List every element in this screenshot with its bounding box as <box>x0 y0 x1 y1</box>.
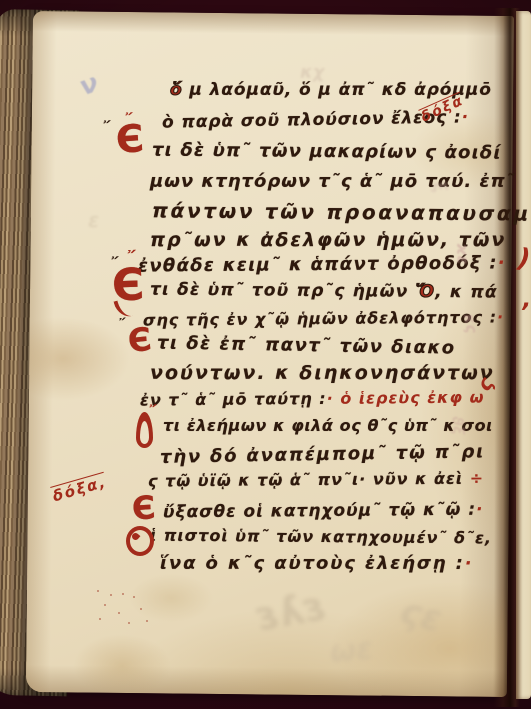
text-run: μ λαόμαῦ, ὅ μ ἀπ῀ κδ ἀρόμμō <box>183 80 492 100</box>
text-run: νούντων. κ διηκονησάντων <box>150 362 495 384</box>
ink-speck <box>110 594 112 596</box>
text-run: · <box>497 307 504 326</box>
text-line: τὴν δό ἀναπέμπομ῀ τῷ π῀ρι <box>160 441 485 468</box>
text-run: ἐν τ῀ ἁ῀ μō ταύτῃ : <box>140 389 327 410</box>
ghost-mark: ελε <box>252 586 328 638</box>
rubric-initial <box>126 526 154 556</box>
manuscript-photo: ὅ μ λαόμαῦ, ὅ μ ἀπ῀ κδ ἀρόμμōὸ παρὰ σοῦ … <box>0 0 531 709</box>
ink-speck <box>97 590 99 592</box>
ghost-mark: ν <box>76 70 102 100</box>
ghost-mark: ωε <box>329 634 374 668</box>
text-run: · <box>498 252 506 273</box>
marginal-note: δόξα, <box>51 475 108 505</box>
text-line: ὅ μ λαόμαῦ, ὅ μ ἀπ῀ κδ ἀρόμμō <box>170 80 492 100</box>
ghost-mark: ε <box>88 210 99 230</box>
text-run: σης τῆς ἐν χ῀ῷ ἡμῶν ἀδελφότητος : <box>143 307 497 329</box>
text-line: τι δὲ ὑπ῀ τῶν μακαρίων ϛ ἀοιδί <box>152 139 502 163</box>
rubric-initial: Є <box>127 325 153 356</box>
ink-speck <box>146 620 148 622</box>
text-line: ἱ πιστοὶ ὑπ῀ τῶν κατηχουμέν῀ δ῀ε, <box>150 526 492 548</box>
ink-speck <box>128 622 130 624</box>
text-run: πάντων τῶν προαναπαυσαμ῀ <box>152 198 531 225</box>
text-run: τι ἐλεήμων κ φιλά ος θ῀ς ὑπ῀ κ σοι <box>163 416 493 435</box>
ink-speck <box>104 604 106 606</box>
text-line: τι ἐλεήμων κ φιλά ος θ῀ς ὑπ῀ κ σοι <box>163 416 493 435</box>
text-run: ὸ παρὰ σοῦ πλούσιον ἔλεος : <box>162 107 462 132</box>
text-line: πάντων τῶν προαναπαυσαμ῀ <box>152 198 531 225</box>
text-line: νούντων. κ διηκονησάντων <box>150 362 495 384</box>
text-line: τι δὲ ἐπ῀ παντ῀ τῶν διακο <box>157 332 456 358</box>
marginal-note: ῎ <box>102 120 110 136</box>
text-run: ϛ τῷ ὑϊῷ κ τῷ ἁ῀ πν῀ι· νῦν κ ἀεὶ <box>148 469 470 491</box>
text-line: σης τῆς ἐν χ῀ῷ ἡμῶν ἀδελφότητος :· <box>143 307 504 329</box>
marginal-note: ʼ <box>520 300 529 324</box>
text-run: ἱ πιστοὶ ὑπ῀ τῶν κατηχουμέν῀ δ῀ε, <box>150 526 492 548</box>
ink-speck <box>122 593 124 595</box>
marginal-note: ῎ <box>110 256 118 272</box>
text-run: · <box>476 500 484 520</box>
text-run: ἐνθάδε κειμ῀ κ ἁπάντ ὀρθοδόξ : <box>138 252 498 276</box>
text-run: ÷ <box>470 469 485 488</box>
marginal-note: ῎ <box>148 404 156 420</box>
ghost-mark: κς <box>461 313 479 335</box>
ink-speck <box>118 612 120 614</box>
text-run: τι δὲ ὑπ῀ τῶν μακαρίων ϛ ἀοιδί <box>152 139 502 163</box>
handwriting-layer: ὅ μ λαόμαῦ, ὅ μ ἀπ῀ κδ ἀρόμμōὸ παρὰ σοῦ … <box>0 0 531 709</box>
text-run: Ὅ <box>415 282 435 302</box>
ghost-mark: ϑξ <box>449 415 466 435</box>
text-line: μων κτητόρων τ῀ς ἁ῀ μō ταύ. ἐπ῀ <box>150 171 516 192</box>
text-run: τὴν δό ἀναπέμπομ῀ τῷ π῀ρι <box>160 441 485 468</box>
text-line: ἵνα ὁ κ῀ς αὐτοὺς ἐλεήσῃ :· <box>160 553 474 574</box>
marginal-note: ῎ <box>118 318 125 332</box>
ghost-mark: ςε <box>396 594 445 639</box>
ink-speck <box>99 618 101 620</box>
text-run: ὔξασθε οἱ κατηχούμ῀ τῷ κ῀ῷ : <box>163 500 476 523</box>
marginal-note: ῎ <box>126 250 135 268</box>
ghost-mark: ϰε <box>454 244 470 265</box>
text-run: τι δὲ ὑπ῀ τοῦ πρ῀ς ἡμῶν <box>150 279 416 301</box>
text-line: ὔξασθε οἱ κατηχούμ῀ τῷ κ῀ῷ :· <box>163 500 484 523</box>
text-run: · <box>461 107 469 127</box>
marginal-note: ) <box>516 245 531 272</box>
text-run: , κ πά <box>435 282 498 303</box>
text-line: τι δὲ ὑπ῀ τοῦ πρ῀ς ἡμῶν Ὅ, κ πά <box>150 279 498 302</box>
ghost-mark: κχ <box>300 64 324 82</box>
text-line: ἐνθάδε κειμ῀ κ ἁπάντ ὀρθοδόξ :· <box>138 252 506 276</box>
marginal-note: ῎ <box>124 112 132 128</box>
text-run: ὅ <box>170 80 183 100</box>
ink-speck <box>140 608 142 610</box>
ink-speck <box>133 596 135 598</box>
text-run: · <box>465 553 474 574</box>
text-run: ἵνα ὁ κ῀ς αὐτοὺς ἐλεήσῃ : <box>160 553 465 574</box>
text-line: ϛ τῷ ὑϊῷ κ τῷ ἁ῀ πν῀ι· νῦν κ ἀεὶ ÷ <box>148 469 484 491</box>
text-line: ἐν τ῀ ἁ῀ μō ταύτῃ :· ὁ ἱερεὺς ἐκφ ω <box>140 387 485 409</box>
text-run: τι δὲ ἐπ῀ παντ῀ τῶν διακο <box>157 332 456 358</box>
text-run: ὁ ἱερεὺς ἐκφ ω <box>334 387 485 407</box>
rubric-initial: Є <box>131 493 156 523</box>
text-run: μων κτητόρων τ῀ς ἁ῀ μō ταύ. ἐπ῀ <box>150 171 516 192</box>
